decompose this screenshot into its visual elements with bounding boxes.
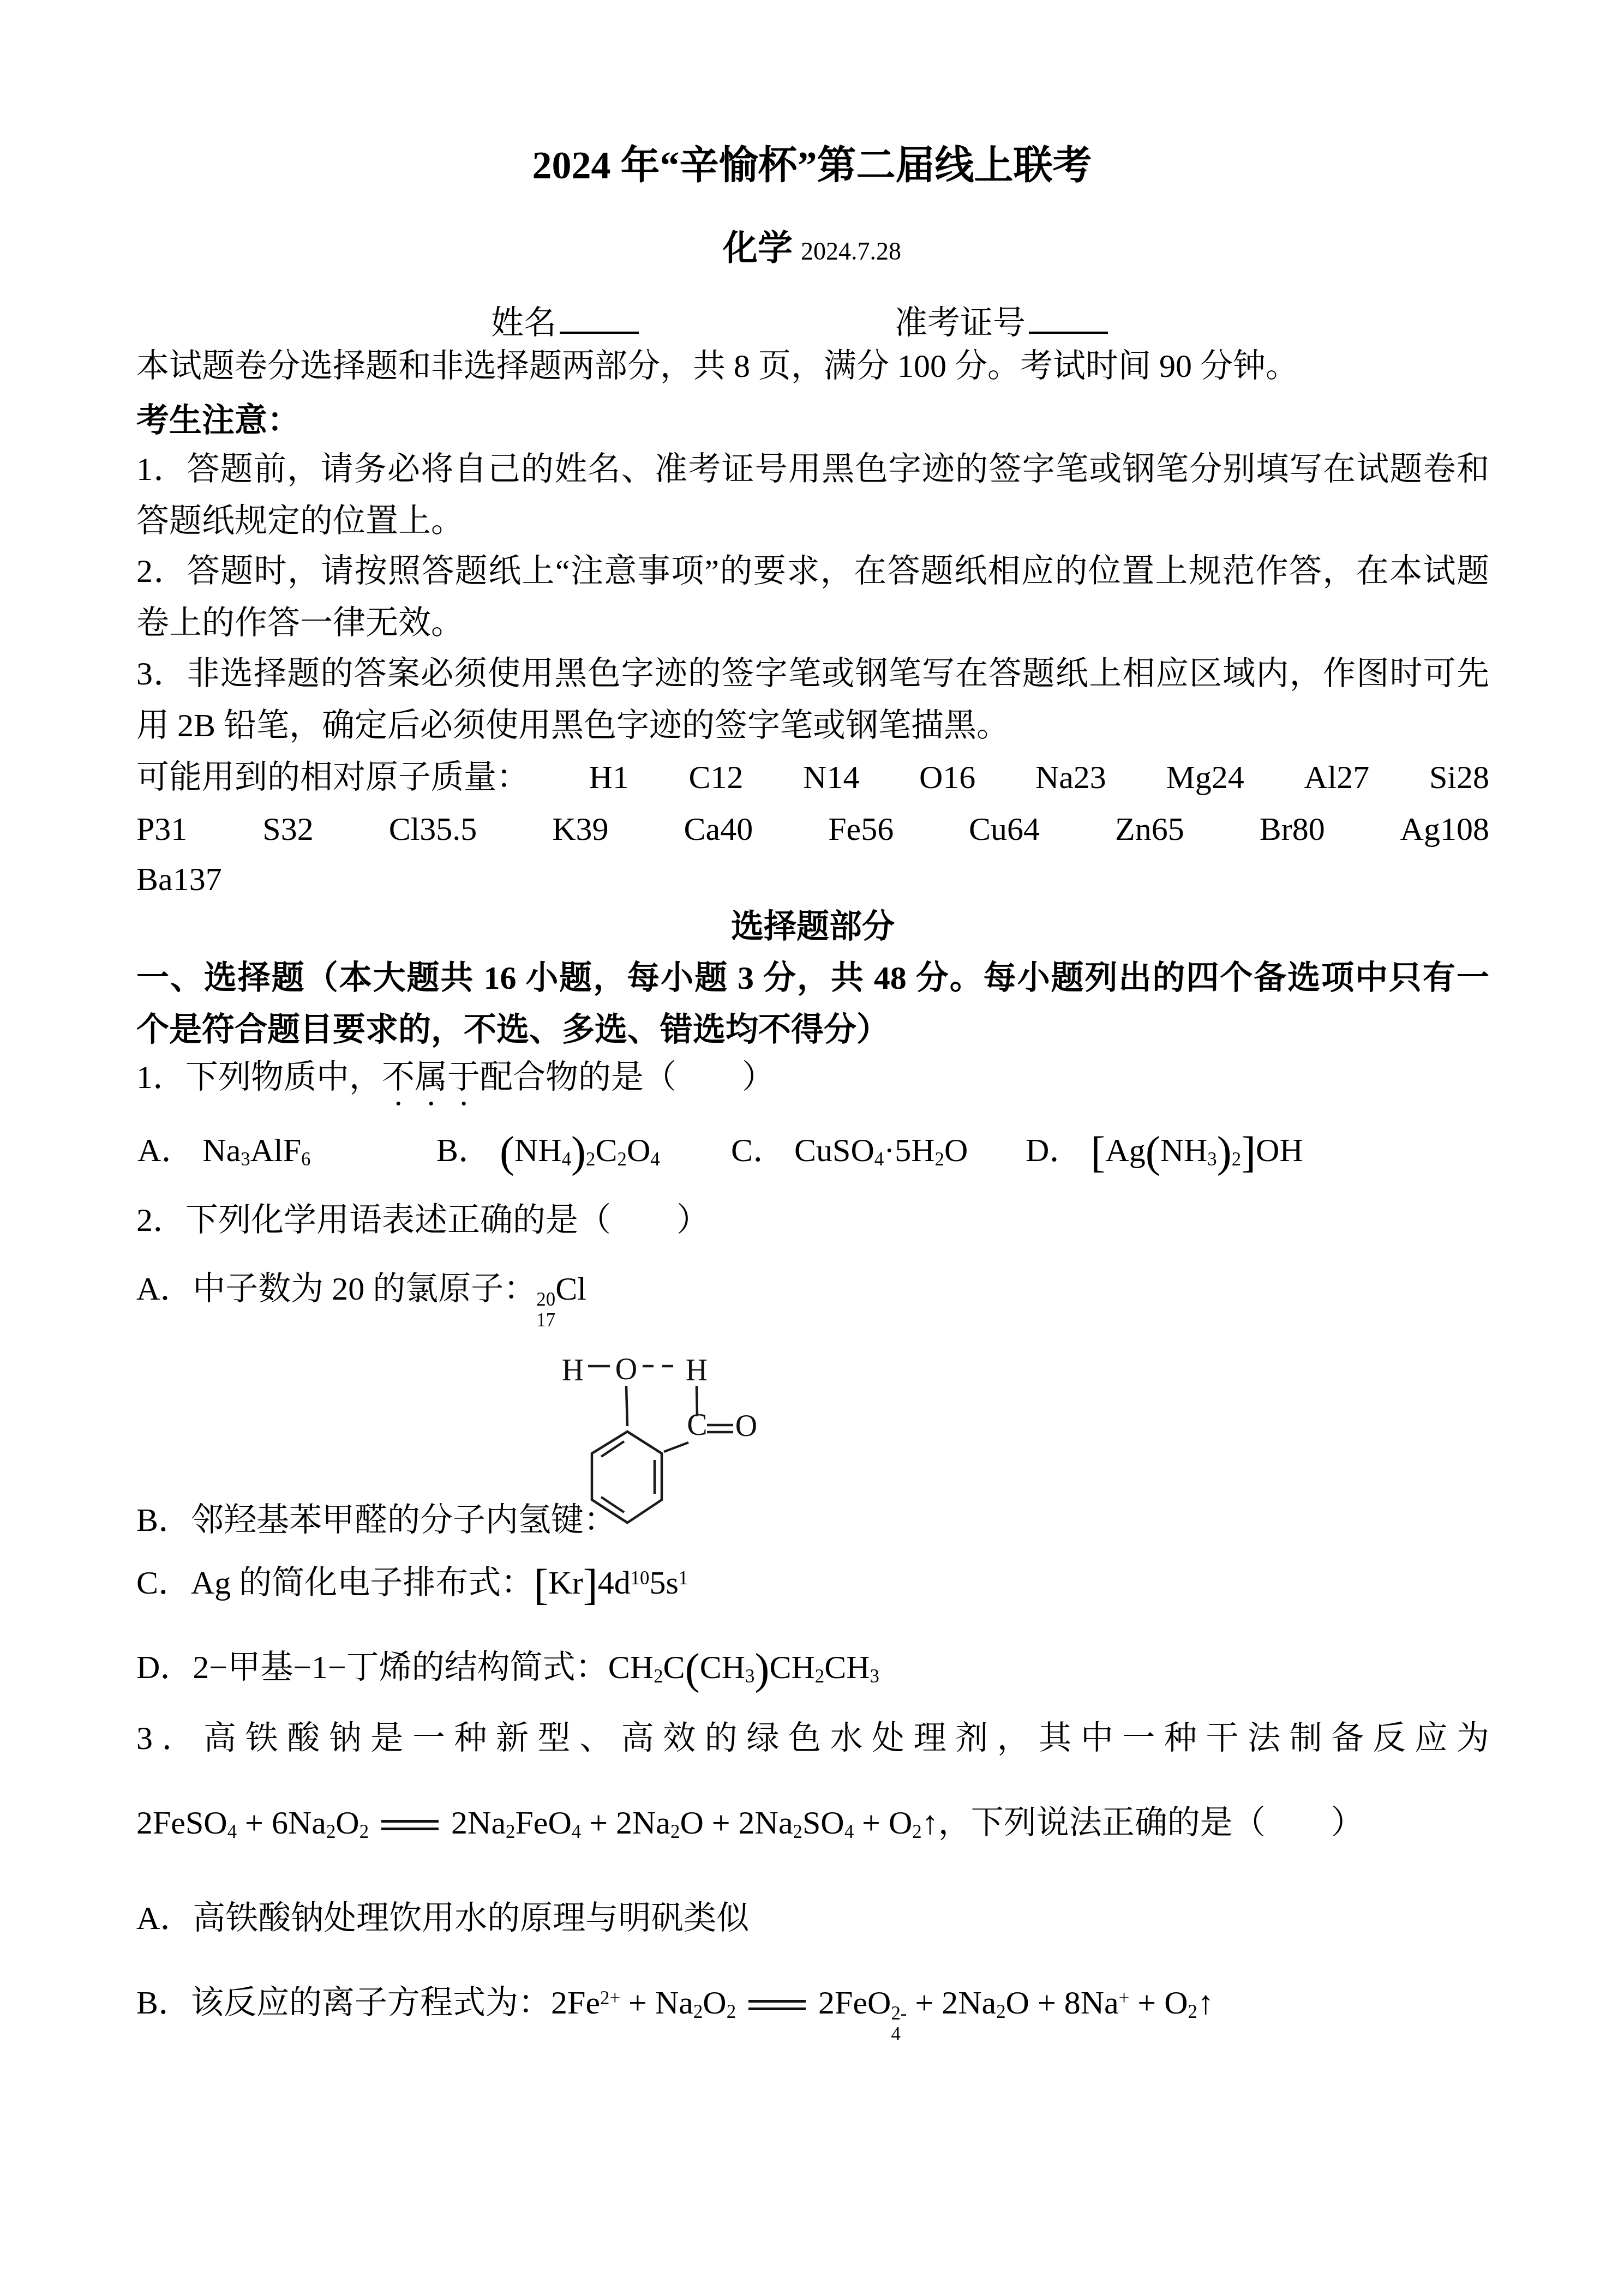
q3-option-a: A．高铁酸钠处理饮用水的原理与明矾类似 xyxy=(136,1892,1489,1944)
q2-option-c: C．Ag 的简化电子排布式：[Kr]4d105s1 xyxy=(136,1557,1489,1610)
notice-title: 考生注意： xyxy=(136,395,1489,447)
exam-id-blank xyxy=(1029,304,1108,334)
bond-h-c xyxy=(697,1386,697,1416)
mass-item: Na23 xyxy=(1035,752,1106,803)
mass-item: Al27 xyxy=(1304,752,1369,803)
q2-option-a: A．中子数为 20 的氯原子：2017Cl xyxy=(136,1263,1489,1332)
atomic-masses-row-2: P31S32Cl35.5K39Ca40Fe56Cu64Zn65Br80Ag108 xyxy=(136,803,1489,855)
q3-option-b: B．该反应的离子方程式为：2Fe2+ + Na2O2 2FeO2-4 + 2Na… xyxy=(136,1977,1489,2046)
mass-item: S32 xyxy=(262,803,313,855)
q3-option-b-formula: 2Fe2+ + Na2O2 2FeO2-4 + 2Na2O + 8Na+ + O… xyxy=(551,1985,1214,2021)
q1-stem-pre: 1．下列物质中， xyxy=(136,1059,382,1095)
q2-option-d: D．2−甲基−1−丁烯的结构简式：CH2C(CH3)CH2CH3 xyxy=(136,1642,1489,1695)
atom-label-h-right: H xyxy=(686,1354,708,1387)
intro-paragraph: 本试题卷分选择题和非选择题两部分，共 8 页，满分 100 分。考试时间 90 … xyxy=(136,340,1489,392)
mass-item: K39 xyxy=(552,803,608,855)
q1-stem-post: 配合物的是（ ） xyxy=(480,1059,775,1095)
exam-id-label: 准考证号 xyxy=(895,305,1026,341)
q1-option-b-label: B． xyxy=(436,1132,491,1168)
notice-1: 1．答题前，请务必将自己的姓名、准考证号用黑色字迹的签字笔或钢笔分别填写在试题卷… xyxy=(136,443,1489,547)
ring-double-bond-1 xyxy=(601,1441,624,1457)
name-blank xyxy=(560,304,639,334)
q2-option-c-formula: [Kr]4d105s1 xyxy=(534,1565,688,1601)
bond-c-ring xyxy=(664,1442,688,1452)
q1-option-d-formula: [Ag(NH3)2]OH xyxy=(1090,1132,1303,1168)
exam-title: 2024 年“辛愉杯”第二届线上联考 xyxy=(0,138,1624,193)
q2-option-d-formula: CH2C(CH3)CH2CH3 xyxy=(608,1649,879,1685)
question-1-stem: 1．下列物质中，不属于配合物的是（ ） xyxy=(136,1051,1489,1113)
q2-option-d-label: D．2−甲基−1−丁烯的结构简式： xyxy=(136,1649,608,1685)
section-intro-line-1: 一、选择题（本大题共 16 小题，每小题 3 分，共 48 分。每小题列出的四个… xyxy=(136,952,1489,1004)
mass-item: Ag108 xyxy=(1400,803,1489,855)
mass-item: N14 xyxy=(803,752,859,803)
atom-label-o-hydroxyl: O xyxy=(615,1353,637,1386)
exam-paper-page: 2024 年“辛愉杯”第二届线上联考 化学 2024.7.28 姓名 准考证号 … xyxy=(0,0,1624,2296)
q2-option-a-label: A．中子数为 20 的氯原子： xyxy=(136,1271,536,1307)
q3-equation-post: ，下列说法正确的是（ ） xyxy=(938,1805,1364,1841)
q2-option-c-label: C．Ag 的简化电子排布式： xyxy=(136,1565,534,1601)
mass-item: Cl35.5 xyxy=(389,803,477,855)
name-label: 姓名 xyxy=(491,305,556,341)
mass-item: Cu64 xyxy=(969,803,1040,855)
subject-label: 化学 xyxy=(723,229,793,267)
bond-o-ring xyxy=(626,1386,627,1426)
q1-option-a-label: A． xyxy=(137,1132,194,1168)
mass-item: C12 xyxy=(688,752,743,803)
q1-option-c-formula: CuSO4·5H2O xyxy=(794,1132,968,1168)
mass-item: H1 xyxy=(589,752,629,803)
q1-option-d-label: D． xyxy=(1026,1132,1082,1168)
q2-option-b: B．邻羟基苯甲醛的分子内氢键： xyxy=(136,1494,1489,1546)
q1-option-b-formula: (NH4)2C2O4 xyxy=(500,1132,660,1168)
mass-item: Fe56 xyxy=(828,803,894,855)
q1-option-c-label: C． xyxy=(731,1132,786,1168)
atomic-masses-row-1: 可能用到的相对原子质量：H1C12N14O16Na23Mg24Al27Si28 xyxy=(136,752,1489,803)
notice-2: 2．答题时，请按照答题纸上“注意事项”的要求，在答题纸相应的位置上规范作答，在本… xyxy=(136,545,1489,649)
mass-item: Mg24 xyxy=(1166,752,1244,803)
mass-item: Ca40 xyxy=(684,803,753,855)
q1-option-d: D．[Ag(NH3)2]OH xyxy=(1026,1125,1303,1178)
atom-label-o-carbonyl: O xyxy=(735,1409,757,1443)
atomic-masses-row-3: Ba137 xyxy=(136,854,1489,905)
section-intro: 一、选择题（本大题共 16 小题，每小题 3 分，共 48 分。每小题列出的四个… xyxy=(136,952,1489,1056)
atomic-masses-label: 可能用到的相对原子质量： xyxy=(136,752,529,803)
q1-option-b: B．(NH4)2C2O4 xyxy=(436,1125,660,1178)
q3-equation-formula: 2FeSO4 + 6Na2O2 2Na2FeO4 + 2Na2O + 2Na2S… xyxy=(136,1805,938,1841)
mass-item: Si28 xyxy=(1429,752,1489,803)
q1-stem-emphasized: 不属于 xyxy=(382,1059,480,1095)
mass-item: P31 xyxy=(136,803,187,855)
exam-date: 2024.7.28 xyxy=(801,237,901,265)
q2-option-a-formula: 2017Cl xyxy=(536,1271,586,1307)
question-3-stem: 3．高铁酸钠是一种新型、高效的绿色水处理剂，其中一种干法制备反应为 xyxy=(136,1712,1489,1764)
mass-item: O16 xyxy=(919,752,975,803)
atom-label-h-left: H xyxy=(562,1354,584,1387)
section-header: 选择题部分 xyxy=(136,901,1489,953)
question-2-stem: 2．下列化学用语表述正确的是（ ） xyxy=(136,1194,1489,1246)
question-3-equation: 2FeSO4 + 6Na2O2 2Na2FeO4 + 2Na2O + 2Na2S… xyxy=(136,1797,1489,1849)
q1-option-a-formula: Na3AlF6 xyxy=(202,1132,310,1168)
q1-option-a: A．Na3AlF6 xyxy=(137,1125,311,1176)
q3-option-b-label: B．该反应的离子方程式为： xyxy=(136,1985,551,2021)
notice-3: 3．非选择题的答案必须使用黑色字迹的签字笔或钢笔写在答题纸上相应区域内，作图时可… xyxy=(136,648,1489,752)
mass-item: Zn65 xyxy=(1115,803,1184,855)
mass-item: Br80 xyxy=(1260,803,1325,855)
section-intro-line-2: 个是符合题目要求的，不选、多选、错选均不得分） xyxy=(136,1004,1489,1056)
exam-subtitle: 化学 2024.7.28 xyxy=(0,221,1624,279)
q1-option-c: C．CuSO4·5H2O xyxy=(731,1125,968,1176)
